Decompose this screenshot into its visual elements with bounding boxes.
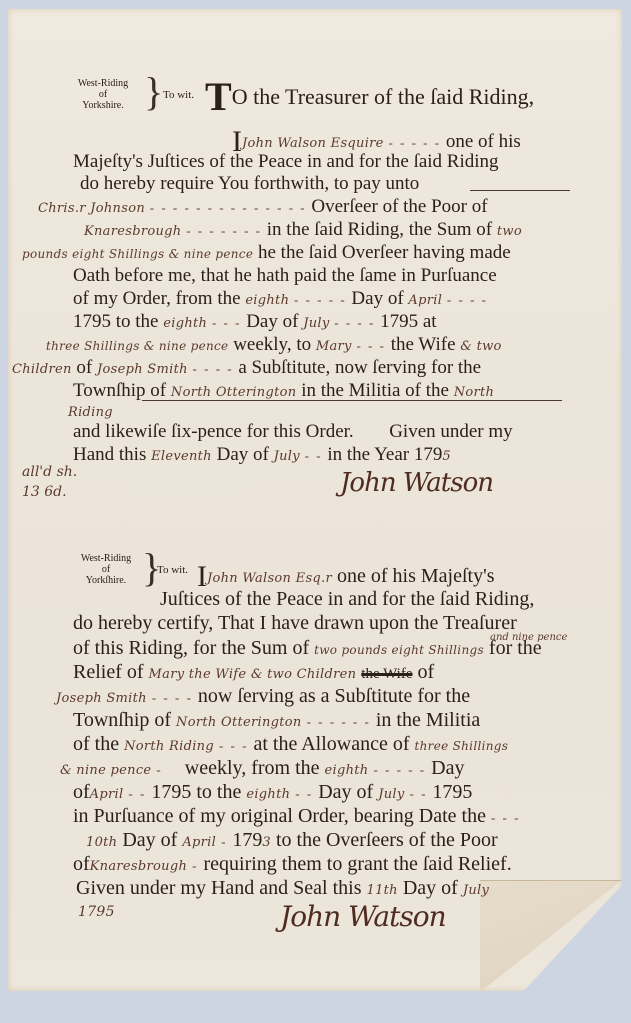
cert-line-2: Juſtices of the Peace in and for the ſai… [160, 588, 534, 610]
jurisdiction-line: Yorkshire. [66, 100, 140, 111]
print-text: Hand this [73, 444, 146, 465]
sum-amount: pounds eight Shillings & nine pence [22, 247, 253, 261]
to-wit-label: To wit. [157, 564, 188, 576]
print-text: in Purſuance of my original Order, beari… [73, 805, 486, 827]
date-day: eighth [245, 293, 289, 308]
print-text: 179 [232, 829, 262, 851]
print-text: of [76, 357, 92, 378]
print-text: in the Year 179 [327, 444, 442, 465]
print-text: Day of [246, 311, 298, 332]
cert-line-7: Townſhip of North Otterington - - - - - … [73, 709, 480, 734]
order-line-7: Oath before me, that he hath paid the ſa… [73, 265, 497, 287]
overseer-name: Chris.r Johnson [38, 201, 145, 216]
brace-glyph: } [144, 72, 163, 112]
date-day: eighth [246, 787, 290, 802]
salutation-text: O the Treasurer of the ſaid Riding, [232, 84, 534, 109]
print-text: of [73, 781, 90, 803]
date-day: Eleventh [151, 449, 212, 464]
date-month: July [274, 449, 300, 464]
print-text: of this Riding, for the Sum of [73, 637, 309, 659]
filler-dash: - - - - - [388, 135, 441, 150]
township-name: North Otterington [171, 385, 297, 400]
date-month: July [378, 787, 404, 802]
print-text: Overſeer of the Poor of [311, 196, 487, 217]
print-text: Day of [351, 288, 403, 309]
jurisdiction-line: West-Riding [66, 78, 140, 89]
print-text: in the Militia of the [301, 380, 449, 401]
wife-name: Mary [316, 339, 352, 354]
order-line-4: Chris.r Johnson - - - - - - - - - - - - … [38, 196, 488, 220]
print-text: 1795 to the [151, 781, 241, 803]
certificate-jurisdiction: West-Riding of Yorkſhire. [70, 553, 142, 586]
cert-line-8: of the North Riding - - - at the Allowan… [73, 733, 508, 758]
filler-dash: - - [410, 786, 428, 801]
print-text: of the [73, 733, 119, 755]
print-text: in the ſaid Riding, the Sum of [267, 219, 492, 240]
margin-note: all'd sh. 13 6d. [22, 462, 77, 502]
order-line-15: Hand this Eleventh Day of July - - in th… [73, 444, 451, 468]
print-text: weekly, from the [185, 757, 320, 779]
substitute-name: Joseph Smith [56, 691, 147, 706]
filler-dash: - - [305, 448, 323, 463]
children-note: & two [460, 339, 501, 354]
print-text: Day of [403, 877, 458, 899]
print-text: 1795 [432, 781, 472, 803]
filler-dash: - - [295, 786, 313, 801]
print-text: Day of [318, 781, 373, 803]
filler-dash: - - - [212, 315, 242, 330]
salutation: TO the Treasurer of the ſaid Riding, [205, 80, 534, 114]
print-text: of [73, 853, 90, 875]
order-line-10: three Shillings & nine pence weekly, to … [46, 334, 502, 358]
print-text: for the [489, 637, 542, 659]
print-text: and likewiſe ſix-pence for this Order. [73, 421, 354, 442]
date-day: eighth [325, 763, 369, 778]
print-text: weekly, to [233, 334, 311, 355]
date-month: April [182, 835, 216, 850]
margin-note-line: 13 6d. [22, 482, 77, 502]
print-text: Given under my Hand and Seal this [76, 877, 362, 899]
cert-line-4: of this Riding, for the Sum of two pound… [73, 637, 542, 661]
children-note: Children [12, 362, 72, 377]
signature: John Watson [280, 900, 446, 933]
sum-amount: two [497, 224, 522, 239]
date-day: 10th [86, 835, 117, 850]
cert-line-9: & nine pence - weekly, from the eighth -… [60, 757, 464, 782]
jurisdiction-line: of [66, 89, 140, 100]
relief-recipients: Mary the Wife & two Children [149, 667, 357, 682]
date-day: eighth [163, 316, 207, 331]
filler-dash: - - - [219, 738, 249, 753]
order-jurisdiction: West-Riding of Yorkshire. [66, 78, 140, 111]
cert-line-12: 10th Day of April - 1793 to the Overſeer… [86, 829, 498, 854]
print-text: Day [431, 757, 464, 779]
filler-dash: - [156, 762, 162, 777]
filler-dash: - [192, 858, 198, 873]
filler-dash: - - - - - [294, 292, 347, 307]
filler-dash: - [221, 834, 227, 849]
cert-line-11: in Purſuance of my original Order, beari… [73, 805, 520, 829]
filler-dash: - - - - [152, 690, 193, 705]
date-month: April [408, 293, 442, 308]
cert-line-6: Joseph Smith - - - - now ſerving as a Su… [56, 685, 470, 710]
filler-dash: - - - - [193, 361, 234, 376]
signature: John Watson [340, 468, 493, 498]
print-text: to the Overſeers of the Poor [276, 829, 498, 851]
riding-name: Riding [68, 405, 113, 420]
cert-line-13: ofKnaresbrough - requiring them to grant… [73, 853, 512, 878]
order-line-2: Majeſty's Juſtices of the Peace in and f… [73, 151, 499, 173]
justice-name: John Walson Esq.r [207, 571, 332, 586]
year-digit: 3 [262, 835, 271, 850]
order-line-14: and likewiſe ſix-pence for this Order. G… [73, 421, 513, 443]
year: 1795 [78, 904, 115, 920]
cert-line-15: 1795 [78, 900, 115, 923]
jurisdiction-line: Yorkſhire. [70, 575, 142, 586]
margin-note-line: all'd sh. [22, 462, 77, 482]
weekly-allowance: three Shillings & nine pence [46, 339, 228, 353]
filler-dash: - - - - - - - [186, 223, 262, 238]
print-text: requiring them to grant the ſaid Relief. [203, 853, 511, 875]
print-text: now ſerving as a Subſtitute for the [198, 685, 470, 707]
print-text: one of his [446, 131, 521, 152]
date-month: July [463, 883, 489, 898]
print-text: the Wife [391, 334, 456, 355]
print-text: Townſhip of [73, 709, 171, 731]
print-text: he the ſaid Overſeer having made [258, 242, 511, 263]
substitute-name: Joseph Smith [97, 362, 188, 377]
township-name: North Otterington [176, 715, 302, 730]
print-text: 1795 to the [73, 311, 159, 332]
order-line-11: Children of Joseph Smith - - - - a Subſt… [12, 357, 481, 381]
folded-corner [480, 880, 622, 992]
blank-rule [470, 190, 570, 191]
cert-line-10: ofApril - - 1795 to the eighth - - Day o… [73, 781, 472, 806]
print-text: Day of [217, 444, 269, 465]
print-text: do hereby require You forthwith, to pay … [80, 173, 419, 194]
print-text: Townſhip of [73, 380, 166, 401]
filler-dash: - - - [491, 810, 521, 825]
justice-name: John Walson Esquire [242, 136, 384, 151]
date-month: April [90, 787, 124, 802]
jurisdiction-line: West-Riding [70, 553, 142, 564]
order-line-8: of my Order, from the eighth - - - - - D… [73, 288, 488, 312]
weekly-allowance: three Shillings [415, 739, 509, 753]
print-text: Day of [122, 829, 177, 851]
order-line-3: do hereby require You forthwith, to pay … [80, 173, 419, 195]
struck-text: the Wife [361, 666, 412, 682]
township-name: Knaresbrough [84, 224, 181, 239]
date-day: 11th [367, 883, 398, 898]
order-line-9: 1795 to the eighth - - - Day of July - -… [73, 311, 437, 335]
print-text: a Subſtitute, now ſerving for the [238, 357, 481, 378]
blank-rule [142, 400, 562, 401]
filler-dash: - - - - - [373, 762, 426, 777]
cert-line-1: IJohn Walson Esq.r one of his Majeſty's [197, 563, 494, 591]
print-text: Relief of [73, 661, 144, 683]
filler-dash: - - - - [447, 292, 488, 307]
print-text: Given under my [389, 421, 512, 442]
filler-dash: - - [128, 786, 146, 801]
riding-name: North Riding [124, 739, 214, 754]
weekly-allowance: & nine pence [60, 763, 151, 778]
print-text: of [417, 661, 434, 683]
township-name: Knaresbrough [90, 859, 187, 874]
year-digit: 5 [442, 449, 451, 464]
drop-cap: T [205, 74, 232, 119]
print-text: in the Militia [376, 709, 480, 731]
print-text: at the Allowance of [253, 733, 409, 755]
print-text: of my Order, from the [73, 288, 241, 309]
filler-dash: - - - - - - [307, 714, 371, 729]
filler-dash: - - - - - - - - - - - - - - [150, 200, 307, 215]
order-line-5: Knaresbrough - - - - - - - in the ſaid R… [84, 219, 522, 243]
jurisdiction-line: of [70, 564, 142, 575]
print-text: one of his Majeſty's [337, 565, 494, 587]
sum-amount: two pounds eight Shillings [314, 643, 484, 657]
filler-dash: - - - - [334, 315, 375, 330]
riding-name: North [454, 385, 495, 400]
filler-dash: - - - [356, 338, 386, 353]
to-wit-label: To wit. [163, 89, 194, 101]
date-month: July [303, 316, 329, 331]
cert-line-5: Relief of Mary the Wife & two Children t… [73, 661, 434, 686]
order-line-6: pounds eight Shillings & nine pence he t… [22, 242, 511, 265]
cert-line-3: do hereby certify, That I have drawn upo… [73, 612, 517, 634]
cert-line-14: Given under my Hand and Seal this 11th D… [76, 877, 489, 902]
print-text: 1795 at [380, 311, 436, 332]
